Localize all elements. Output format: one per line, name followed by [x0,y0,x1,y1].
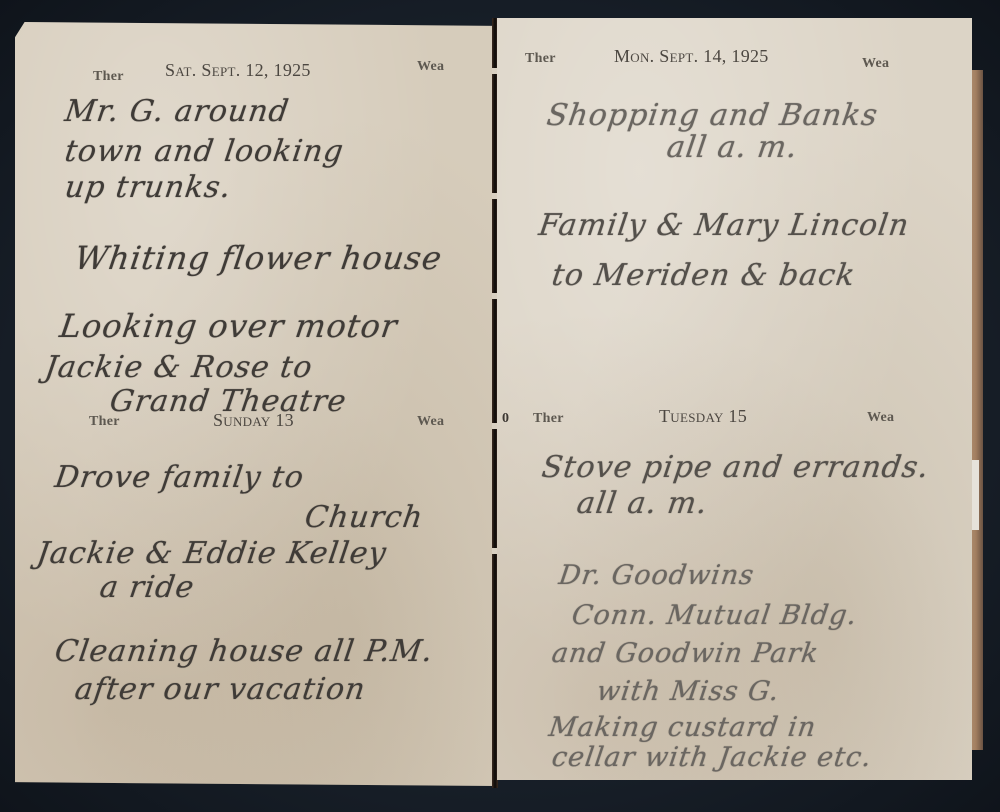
handwritten-line: up trunks. [62,170,233,206]
handwritten-line: cellar with Jackie etc. [549,740,874,776]
entry-date: Mon. Sept. 14, 1925 [614,46,769,67]
entry-date: Sat. Sept. 12, 1925 [165,60,311,81]
handwritten-line: Jackie & Eddie Kelley [34,536,389,572]
handwritten-line: Family & Mary Lincoln [536,208,911,244]
handwritten-line: with Miss G. [594,674,781,710]
handwritten-line: a ride [97,570,196,606]
diary-left-page: Ther Sat. Sept. 12, 1925 Wea Mr. G. arou… [15,22,495,786]
handwritten-line: Dr. Goodwins [556,558,756,594]
handwritten-line: all a. m. [664,130,800,166]
handwritten-line: Mr. G. around [62,94,291,130]
diary-right-page: Ther Mon. Sept. 14, 1925 Wea Shopping an… [497,18,972,780]
handwritten-line: Drove family to [52,460,306,496]
handwritten-line: Shopping and Banks [544,98,880,134]
thermometer-label: Ther [89,414,120,430]
handwritten-line: Conn. Mutual Bldg. [569,598,859,634]
weather-label: Wea [862,56,889,72]
handwritten-line: after our vacation [72,672,368,708]
thermometer-label: Ther [533,411,564,427]
margin-mark: 0 [502,411,509,427]
handwritten-line: Stove pipe and errands. [539,450,931,486]
handwritten-line: Looking over motor [57,308,400,344]
weather-label: Wea [417,414,444,430]
weather-label: Wea [867,410,894,426]
thermometer-label: Ther [525,51,556,67]
handwritten-line: and Goodwin Park [549,636,821,672]
entry-date: Tuesday 15 [659,406,747,427]
handwritten-line: to Meriden & back [549,258,857,294]
handwritten-line: Cleaning house all P.M. [52,634,435,670]
handwritten-line: Whiting flower house [72,240,444,276]
weather-label: Wea [417,59,444,75]
handwritten-line: town and looking [62,134,346,170]
handwritten-line: all a. m. [574,486,710,522]
entry-date: Sunday 13 [213,410,294,431]
thermometer-label: Ther [93,69,124,85]
handwritten-line: Jackie & Rose to [42,350,315,386]
handwritten-line: Church [302,500,425,536]
